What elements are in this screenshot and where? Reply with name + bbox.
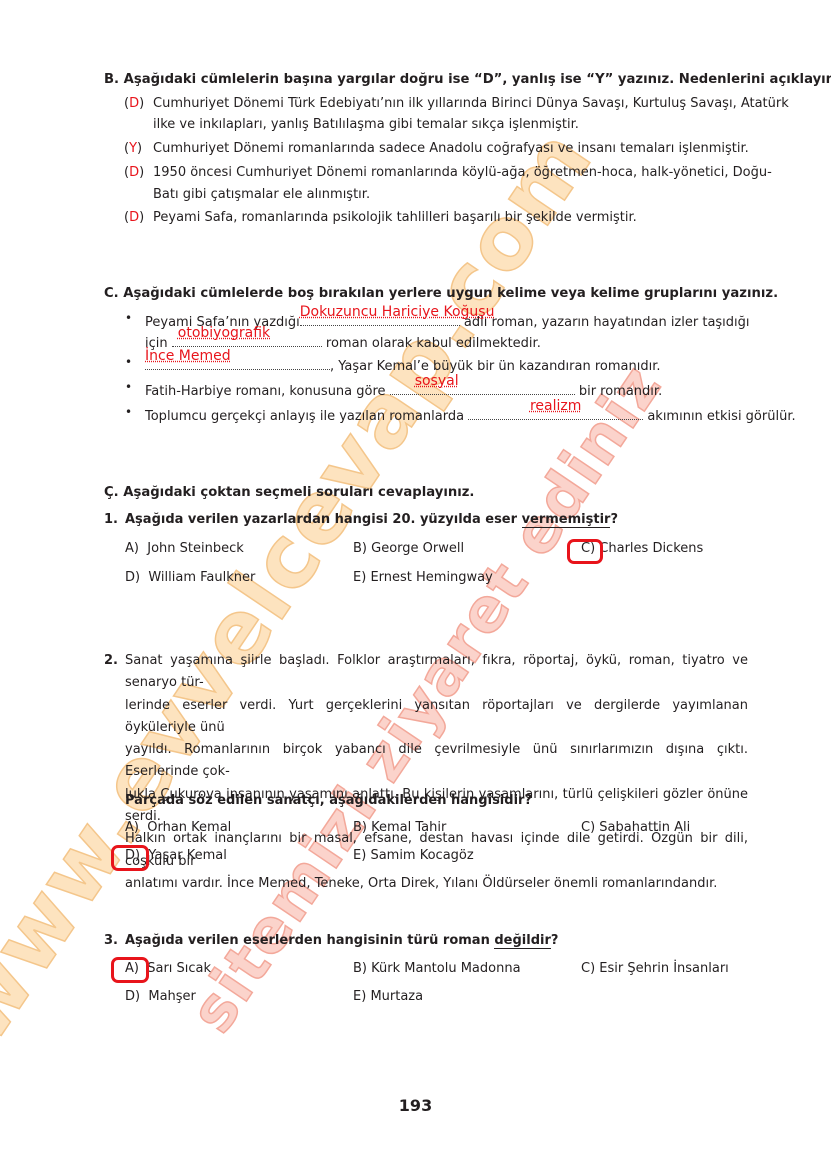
answer-slot: (D): [124, 95, 144, 113]
question-number: 3.: [104, 932, 118, 950]
statement-line: ilke ve inkılapları, yanlış Batılılaşma …: [153, 116, 579, 134]
fill-text: Fatih-Harbiye romanı, konusuna göre: [145, 384, 386, 399]
fill-blank: İnce Memed: [145, 353, 330, 370]
question-text-part: Aşağıda verilen eserlerden hangisinin tü…: [125, 933, 494, 948]
statement-line: Cumhuriyet Dönemi romanlarında sadece An…: [153, 140, 749, 158]
question-text-part: ?: [610, 512, 618, 527]
fill-answer: sosyal: [415, 372, 575, 390]
option-c[interactable]: C) Esir Şehrin İnsanları: [581, 960, 729, 978]
option-a[interactable]: A) John Steinbeck: [125, 540, 244, 558]
statement-line: Peyami Safa, romanlarında psikolojik tah…: [153, 209, 637, 227]
passage-line: Sanat yaşamına şiirle başladı. Folklor a…: [125, 650, 748, 695]
option-d[interactable]: D) Mahşer: [125, 988, 196, 1006]
fill-answer: realizm: [468, 397, 643, 415]
question-number: 2.: [104, 652, 118, 670]
passage-line: lerinde eserler verdi. Yurt gerçeklerini…: [125, 695, 748, 740]
watermark-site: www.evvelcevap.com: [0, 111, 612, 1060]
textbook-page: www.evvelcevap.com sitemizi ziyaret edin…: [0, 0, 831, 1164]
bullet: •: [125, 355, 132, 369]
question-text: Aşağıda verilen eserlerden hangisinin tü…: [125, 932, 558, 950]
fill-blank: otobiyografik: [172, 330, 322, 347]
fill-blank: realizm: [468, 403, 643, 420]
statement-line: Cumhuriyet Dönemi Türk Edebiyatı’nın ilk…: [153, 95, 789, 113]
fill-text: akımının etkisi görülür.: [647, 409, 795, 424]
fill-answer: otobiyografik: [178, 324, 322, 342]
bullet: •: [125, 405, 132, 419]
answer-mark: D: [129, 165, 139, 180]
question-text-part: Aşağıda verilen yazarlardan hangisi 20. …: [125, 512, 522, 527]
option-c[interactable]: C) Sabahattin Ali: [581, 819, 690, 837]
option-b[interactable]: B) George Orwell: [353, 540, 464, 558]
answer-slot: (D): [124, 164, 144, 182]
option-a[interactable]: A) Orhan Kemal: [125, 819, 231, 837]
option-d[interactable]: D) William Faulkner: [125, 569, 255, 587]
answer-circle: [567, 539, 603, 564]
fill-blank: Dokuzuncu Hariciye Koğuşu: [300, 309, 460, 326]
statement-line: Batı gibi çatışmalar ele alınmıştır.: [153, 186, 370, 204]
option-e[interactable]: E) Ernest Hemingway: [353, 569, 493, 587]
question-emphasis: değildir: [494, 933, 551, 949]
answer-circle: [111, 845, 149, 871]
answer-mark: D: [129, 210, 139, 225]
question-text: Parçada söz edilen sanatçı, aşağıdakiler…: [125, 792, 532, 810]
answer-slot: (D): [124, 209, 144, 227]
question-text: Aşağıda verilen yazarlardan hangisi 20. …: [125, 511, 618, 529]
fill-text: roman olarak kabul edilmektedir.: [326, 336, 541, 351]
answer-slot: (Y): [124, 140, 142, 158]
fill-answer: İnce Memed: [145, 347, 330, 365]
section-cc-title: Ç. Aşağıdaki çoktan seçmeli soruları cev…: [104, 484, 474, 502]
fill-text: Toplumcu gerçekçi anlayış ile yazılan ro…: [145, 409, 464, 424]
bullet: •: [125, 380, 132, 394]
question-emphasis: vermemiştir: [522, 512, 611, 528]
question-number: 1.: [104, 511, 118, 529]
section-b-title: B. Aşağıdaki cümlelerin başına yargılar …: [104, 71, 831, 89]
answer-mark: D: [129, 96, 139, 111]
passage-line: yayıldı. Romanlarının birçok yabancı dil…: [125, 739, 748, 784]
bullet: •: [125, 311, 132, 325]
fill-blank: sosyal: [390, 378, 575, 395]
page-number: 193: [0, 1096, 831, 1115]
fill-line: Toplumcu gerçekçi anlayış ile yazılan ro…: [145, 403, 796, 426]
statement-line: 1950 öncesi Cumhuriyet Dönemi romanların…: [153, 164, 772, 182]
option-e[interactable]: E) Murtaza: [353, 988, 423, 1006]
section-c-title: C. Aşağıdaki cümlelerde boş bırakılan ye…: [104, 285, 778, 303]
passage-line: anlatımı vardır. İnce Memed, Teneke, Ort…: [125, 873, 748, 895]
fill-text: adlı roman, yazarın hayatından izler taş…: [464, 315, 750, 330]
option-e[interactable]: E) Samim Kocagöz: [353, 847, 474, 865]
option-b[interactable]: B) Kemal Tahir: [353, 819, 446, 837]
answer-circle: [111, 957, 149, 983]
question-text-part: ?: [551, 933, 559, 948]
fill-answer: Dokuzuncu Hariciye Koğuşu: [300, 303, 460, 321]
option-b[interactable]: B) Kürk Mantolu Madonna: [353, 960, 521, 978]
answer-mark: Y: [129, 141, 137, 156]
fill-line: İnce Memed, Yaşar Kemal’e büyük bir ün k…: [145, 353, 661, 376]
